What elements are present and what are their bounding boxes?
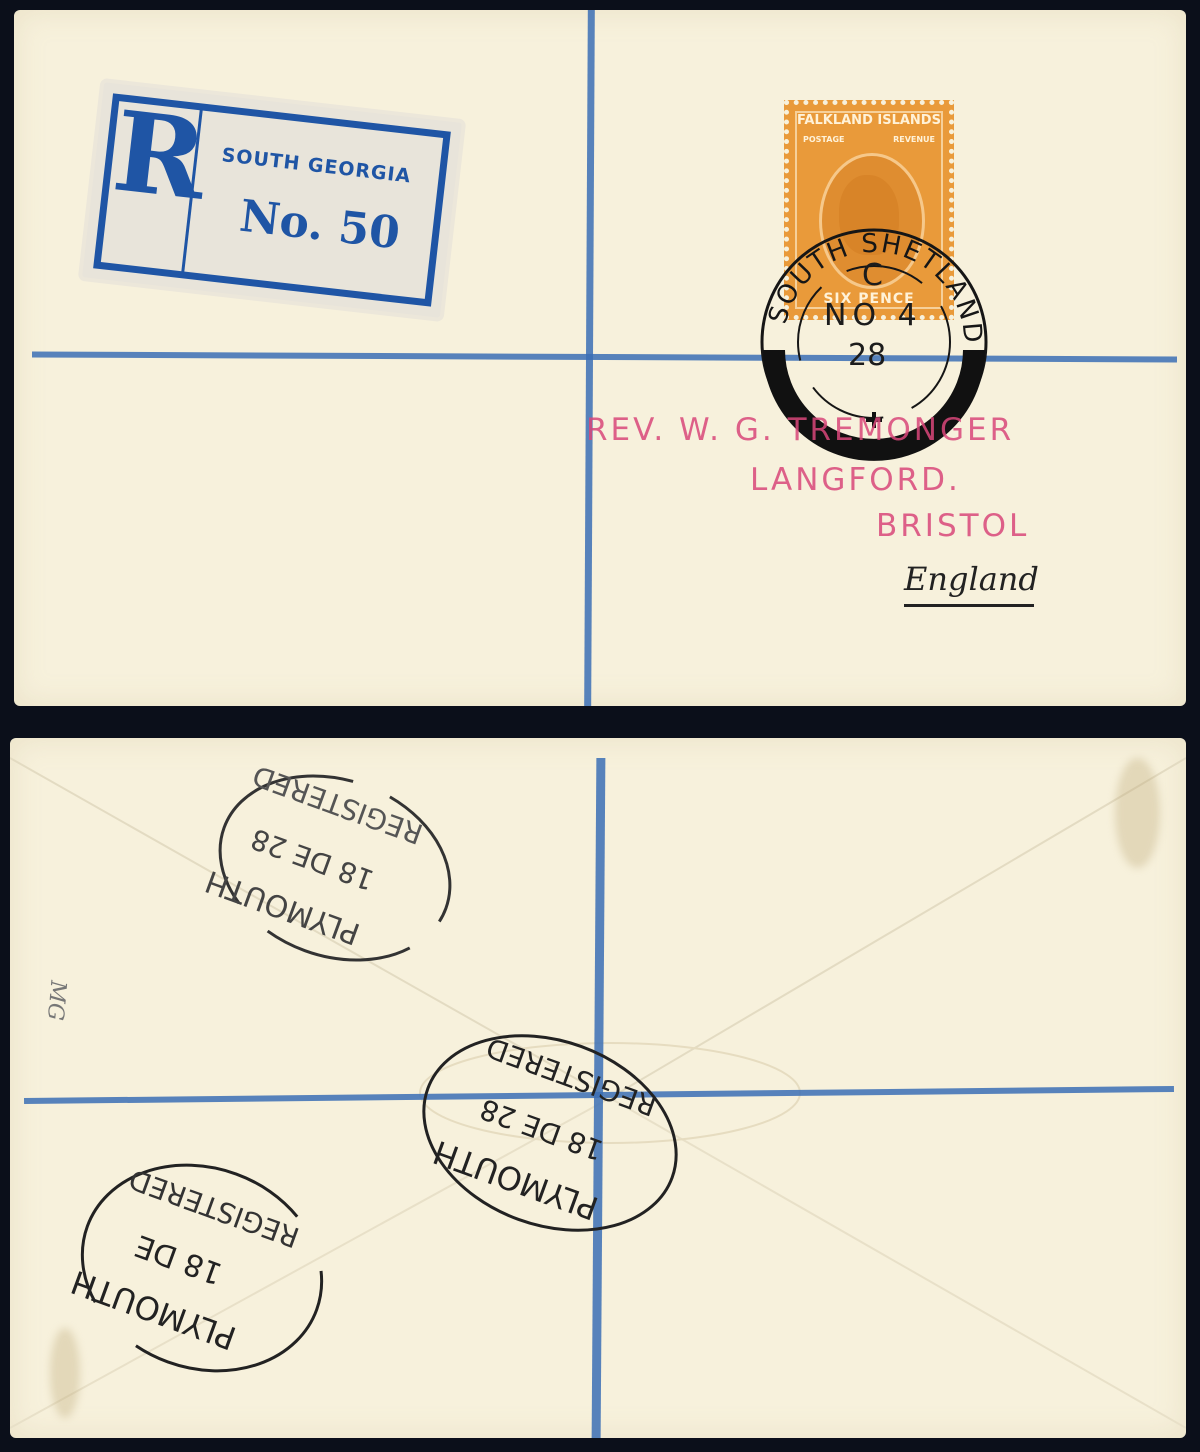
pencil-note: MG bbox=[42, 979, 70, 1021]
postmark-code: C bbox=[862, 258, 883, 293]
address-line-3: BRISTOL bbox=[876, 508, 1029, 544]
svg-text:SOUTH SHETLANDS: SOUTH SHETLANDS bbox=[14, 10, 988, 346]
address-line-1: REV. W. G. TREMONGER bbox=[586, 412, 1014, 448]
envelope-front: R SOUTH GEORGIA No. 50 FALKLAND ISLANDS … bbox=[14, 10, 1186, 706]
south-shetlands-postmark: SOUTH SHETLANDS bbox=[14, 10, 1186, 706]
postmark-date: NO 4 bbox=[824, 298, 923, 333]
postmark-year: 28 bbox=[848, 338, 886, 373]
handwritten-underline bbox=[904, 604, 1034, 607]
address-line-2: LANGFORD. bbox=[750, 462, 961, 498]
plymouth-postmarks: PLYMOUTH 18 DE 28 REGISTERED PLYMOUTH 18… bbox=[10, 738, 1186, 1438]
envelope-back: PLYMOUTH 18 DE 28 REGISTERED PLYMOUTH 18… bbox=[10, 738, 1186, 1438]
handwritten-country: England bbox=[904, 560, 1039, 598]
svg-text:18 DE: 18 DE bbox=[131, 1227, 227, 1291]
